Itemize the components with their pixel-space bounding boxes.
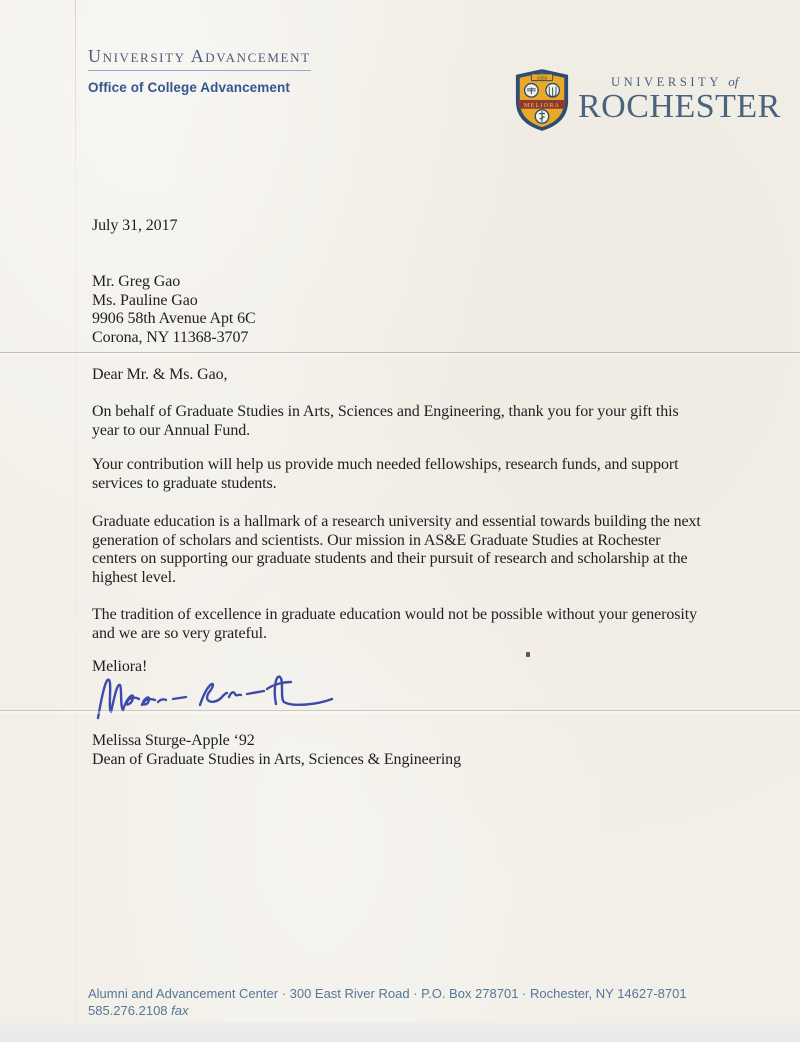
body-paragraph-4: The tradition of excellence in graduate … <box>92 606 697 643</box>
footer-fax-line: 585.276.2108 fax <box>88 1003 687 1020</box>
fax-label: fax <box>171 1003 188 1018</box>
letterhead-footer: Alumni and Advancement Center · 300 East… <box>88 986 687 1019</box>
recipient-line: Ms. Pauline Gao <box>92 292 256 311</box>
recipient-line: Mr. Greg Gao <box>92 273 256 292</box>
office-subheading: Office of College Advancement <box>88 80 311 95</box>
signer-title: Dean of Graduate Studies in Arts, Scienc… <box>92 750 461 769</box>
fold-crease-top <box>0 352 800 353</box>
signature-block: Melissa Sturge-Apple ‘92 Dean of Graduat… <box>92 731 461 769</box>
handwritten-signature <box>94 668 336 726</box>
logo-institution-name: ROCHESTER <box>578 90 781 124</box>
ink-speck <box>526 652 530 657</box>
footer-address-line: Alumni and Advancement Center · 300 East… <box>88 986 687 1003</box>
logo-of-word: of <box>728 74 738 89</box>
letter-date: July 31, 2017 <box>92 217 177 236</box>
letterhead-left: University Advancement Office of College… <box>88 46 311 95</box>
salutation: Dear Mr. & Ms. Gao, <box>92 366 227 385</box>
signer-name: Melissa Sturge-Apple ‘92 <box>92 731 461 750</box>
recipient-line: Corona, NY 11368-3707 <box>92 329 256 348</box>
body-paragraph-3: Graduate education is a hallmark of a re… <box>92 513 701 587</box>
rochester-shield-icon: 1850 MELIORA <box>513 68 571 132</box>
body-paragraph-2: Your contribution will help us provide m… <box>92 456 679 493</box>
scanned-letter-page: University Advancement Office of College… <box>0 0 800 1042</box>
body-paragraph-1: On behalf of Graduate Studies in Arts, S… <box>92 403 679 440</box>
department-heading: University Advancement <box>88 46 311 71</box>
recipient-address-block: Mr. Greg Gao Ms. Pauline Gao 9906 58th A… <box>92 273 256 347</box>
university-logo: 1850 MELIORA UNIVERSITY of ROCHESTER <box>513 68 781 132</box>
shield-motto-text: MELIORA <box>524 102 560 109</box>
fold-crease-bottom <box>0 710 800 711</box>
fax-number: 585.276.2108 <box>88 1003 168 1018</box>
logo-wordmark: UNIVERSITY of ROCHESTER <box>578 75 781 124</box>
shield-year-text: 1850 <box>537 75 548 81</box>
recipient-line: 9906 58th Avenue Apt 6C <box>92 310 256 329</box>
vertical-crease <box>75 0 76 1042</box>
scan-edge-band <box>0 1022 800 1042</box>
logo-university-line: UNIVERSITY of <box>611 75 781 89</box>
